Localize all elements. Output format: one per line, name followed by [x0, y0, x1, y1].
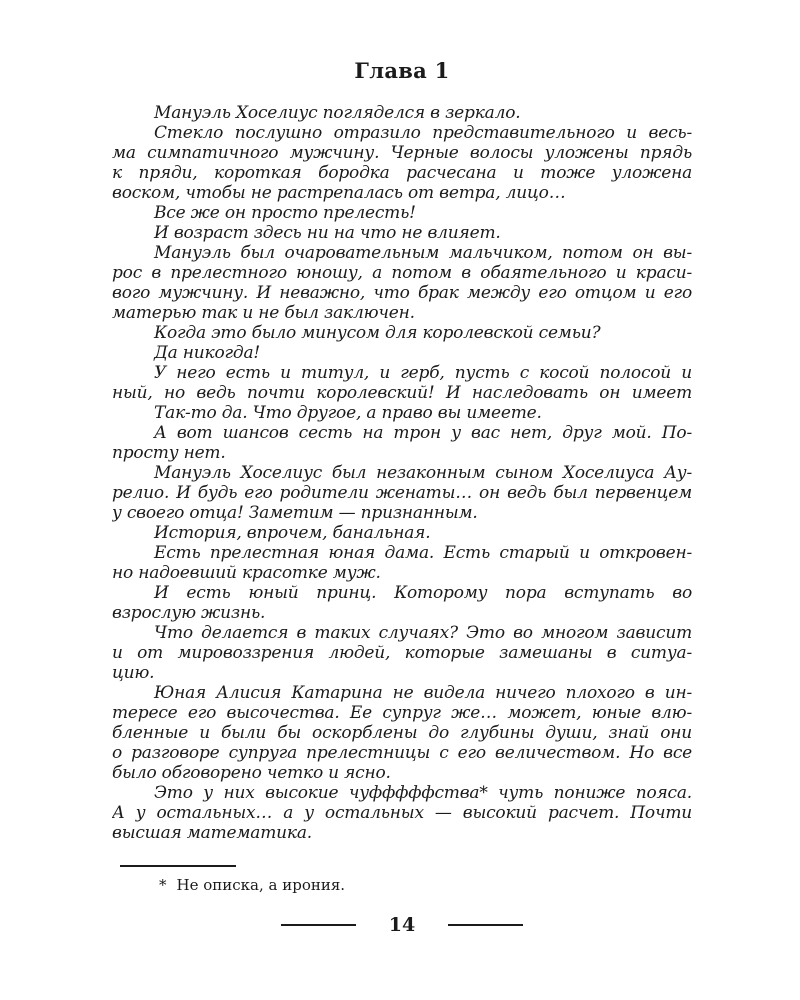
text-line: и от мировоззрения людей, которые замеша…	[112, 643, 692, 663]
text-line: просту нет.	[112, 443, 692, 463]
text-line: вого мужчину. И неважно, что брак между …	[112, 283, 692, 303]
paragraph: А вот шансов сесть на трон у вас нет, др…	[112, 423, 692, 463]
paragraph: Когда это было минусом для королевской с…	[112, 323, 692, 343]
text-line: Мануэль Хоселиус был незаконным сыном Хо…	[112, 463, 692, 483]
text-line: У него есть и титул, и герб, пусть с кос…	[112, 363, 692, 383]
text-line: ма симпатичного мужчину. Черные волосы у…	[112, 143, 692, 163]
text-line: Стекло послушно отразило представительно…	[112, 123, 692, 143]
text-line: Юная Алисия Катарина не видела ничего пл…	[112, 683, 692, 703]
chapter-title: Глава 1	[112, 58, 692, 84]
book-page: Глава 1 Мануэль Хоселиус погляделся в зе…	[0, 0, 800, 1000]
text-line: А вот шансов сесть на трон у вас нет, др…	[112, 423, 692, 443]
paragraph: Да никогда!	[112, 343, 692, 363]
footnote: *Не описка, а ирония.	[159, 876, 692, 894]
text-line: высшая математика.	[112, 823, 692, 843]
footnote-separator	[120, 865, 236, 867]
body-text: Мануэль Хоселиус погляделся в зеркало.Ст…	[112, 103, 692, 843]
text-line: но надоевший красотке муж.	[112, 563, 692, 583]
text-block: Глава 1 Мануэль Хоселиус погляделся в зе…	[112, 58, 692, 894]
text-line: Когда это было минусом для королевской с…	[112, 323, 692, 343]
text-line: Мануэль был очаровательным мальчиком, по…	[112, 243, 692, 263]
paragraph: Так-то да. Что другое, а право вы имеете…	[112, 403, 692, 423]
text-line: Все же он просто прелесть!	[112, 203, 692, 223]
text-line: воском, чтобы не растрепалась от ветра, …	[112, 183, 692, 203]
text-line: бленные и были бы оскорблены до глубины …	[112, 723, 692, 743]
text-line: у своего отца! Заметим — признанным.	[112, 503, 692, 523]
paragraph: Что делается в таких случаях? Это во мно…	[112, 623, 692, 683]
text-line: тересе его высочества. Ее супруг же… мож…	[112, 703, 692, 723]
text-line: ный, но ведь почти королевский! И наслед…	[112, 383, 692, 403]
paragraph: У него есть и титул, и герб, пусть с кос…	[112, 363, 692, 403]
paragraph: История, впрочем, банальная.	[112, 523, 692, 543]
text-line: о разговоре супруга прелестницы с его ве…	[112, 743, 692, 763]
text-line: рос в прелестного юношу, а потом в обаят…	[112, 263, 692, 283]
footer-rule-right	[448, 924, 523, 926]
text-line: Так-то да. Что другое, а право вы имеете…	[112, 403, 692, 423]
paragraph: Стекло послушно отразило представительно…	[112, 123, 692, 203]
footnote-marker: *	[159, 876, 167, 894]
text-line: цию.	[112, 663, 692, 683]
paragraph: И возраст здесь ни на что не влияет.	[112, 223, 692, 243]
page-footer: 14	[112, 914, 692, 936]
paragraph: Есть прелестная юная дама. Есть старый и…	[112, 543, 692, 583]
paragraph: И есть юный принц. Которому пора вступат…	[112, 583, 692, 623]
paragraph: Мануэль Хоселиус был незаконным сыном Хо…	[112, 463, 692, 523]
paragraph: Это у них высокие чуфффффства* чуть пони…	[112, 783, 692, 843]
text-line: было обговорено четко и ясно.	[112, 763, 692, 783]
text-line: И есть юный принц. Которому пора вступат…	[112, 583, 692, 603]
text-line: матерью так и не был заключен.	[112, 303, 692, 323]
text-line: А у остальных… а у остальных — высокий р…	[112, 803, 692, 823]
paragraph: Мануэль Хоселиус погляделся в зеркало.	[112, 103, 692, 123]
text-line: История, впрочем, банальная.	[112, 523, 692, 543]
paragraph: Все же он просто прелесть!	[112, 203, 692, 223]
text-line: Это у них высокие чуфффффства* чуть пони…	[112, 783, 692, 803]
paragraph: Мануэль был очаровательным мальчиком, по…	[112, 243, 692, 323]
text-line: И возраст здесь ни на что не влияет.	[112, 223, 692, 243]
text-line: релио. И будь его родители женаты… он ве…	[112, 483, 692, 503]
footer-rule-left	[281, 924, 356, 926]
text-line: Мануэль Хоселиус погляделся в зеркало.	[112, 103, 692, 123]
text-line: Да никогда!	[112, 343, 692, 363]
page-number: 14	[389, 914, 415, 936]
text-line: Есть прелестная юная дама. Есть старый и…	[112, 543, 692, 563]
text-line: Что делается в таких случаях? Это во мно…	[112, 623, 692, 643]
text-line: к пряди, короткая бородка расчесана и то…	[112, 163, 692, 183]
paragraph: Юная Алисия Катарина не видела ничего пл…	[112, 683, 692, 783]
text-line: взрослую жизнь.	[112, 603, 692, 623]
footnote-text: Не описка, а ирония.	[177, 876, 346, 894]
